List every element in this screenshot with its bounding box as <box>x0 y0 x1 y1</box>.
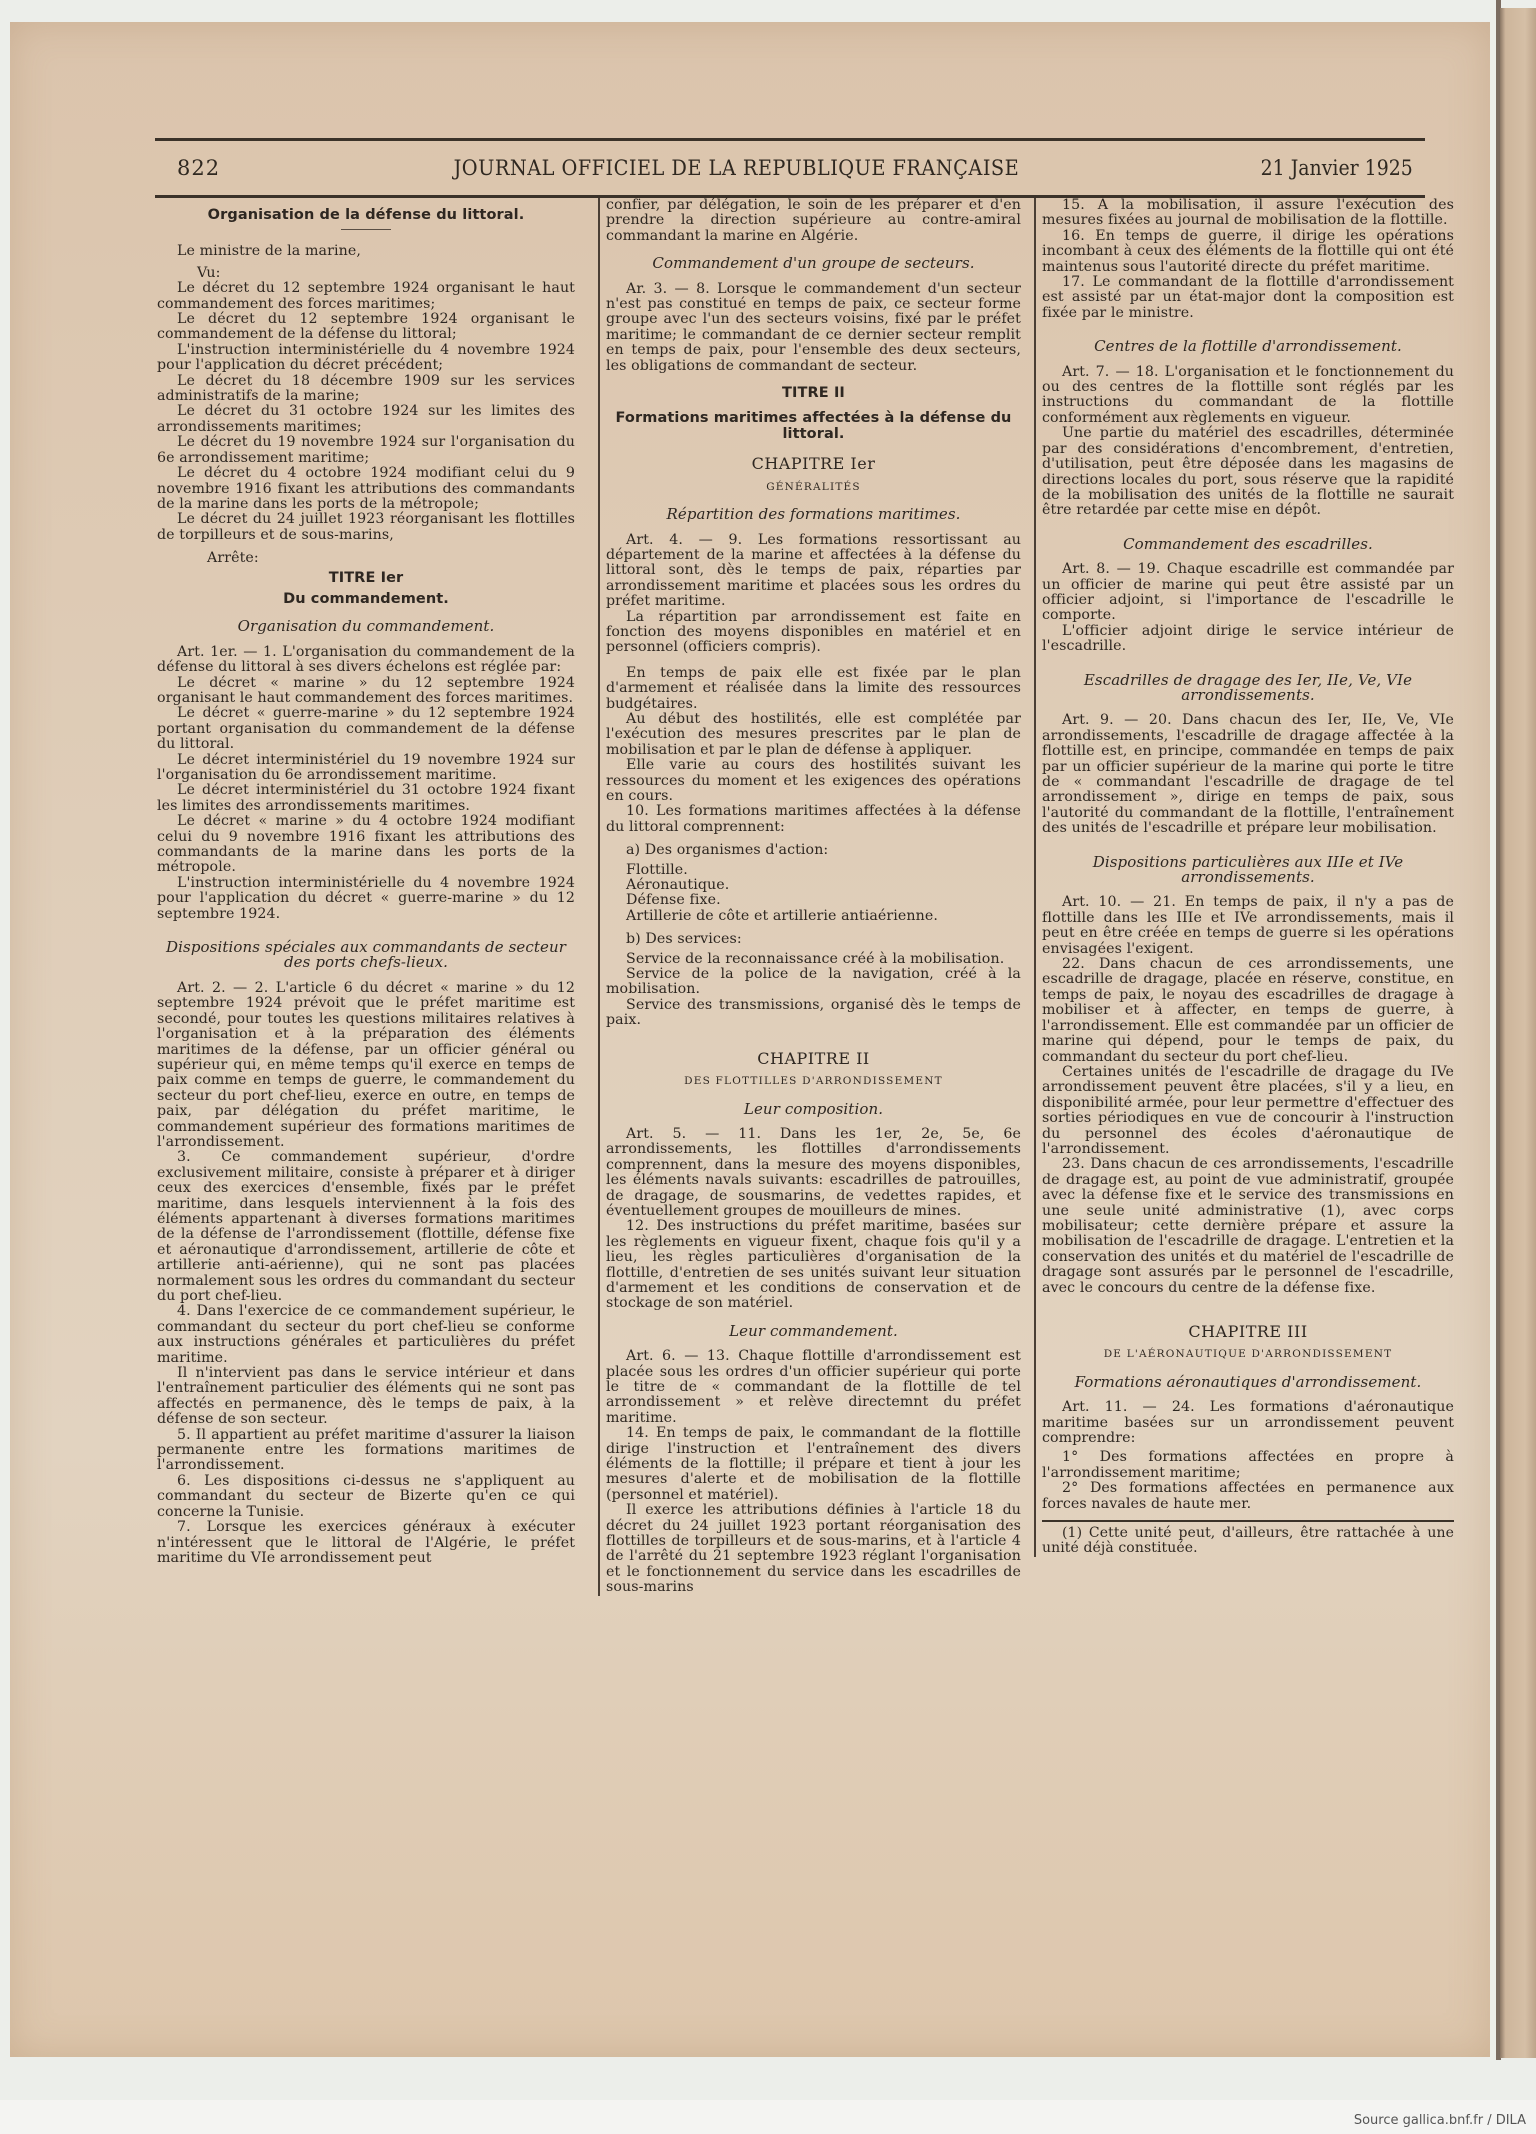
list-item: Artillerie de côte et artillerie antiaér… <box>606 909 1021 924</box>
subheading: Répartition des formations maritimes. <box>606 507 1021 522</box>
footnote-rule <box>1042 1520 1454 1522</box>
list-item: Aéronautique. <box>606 878 1021 893</box>
considerant: Le décret du 24 juillet 1923 réorganisan… <box>157 512 575 543</box>
article-paragraph: 3. Ce commandement supérieur, d'ordre ex… <box>157 1150 575 1304</box>
masthead: 822 JOURNAL OFFICIEL DE LA REPUBLIQUE FR… <box>155 138 1425 198</box>
vu: Vu: <box>157 266 575 281</box>
issue-date: 21 Janvier 1925 <box>1261 156 1417 180</box>
list-item: Flottille. <box>606 863 1021 878</box>
column-2: confier, par délégation, le soin de les … <box>598 198 1021 1596</box>
article-paragraph: Une partie du matériel des escadrilles, … <box>1042 426 1454 518</box>
chapter-heading: CHAPITRE III <box>1042 1324 1454 1339</box>
list-title: b) Des services: <box>606 932 1021 947</box>
article-paragraph: Il exerce les attributions définies à l'… <box>606 1503 1021 1595</box>
list-item: Défense fixe. <box>606 893 1021 908</box>
list-item: Service des transmissions, organisé dès … <box>606 998 1021 1029</box>
article-paragraph: 17. Le commandant de la flottille d'arro… <box>1042 275 1454 321</box>
article-paragraph: Art. 11. — 24. Les formations d'aéronaut… <box>1042 1400 1454 1446</box>
subheading: Formations aéronautiques d'arrondissemen… <box>1042 1375 1454 1390</box>
titre-heading: TITRE II <box>606 386 1021 401</box>
article-paragraph: 15. A la mobilisation, il assure l'exécu… <box>1042 198 1454 229</box>
considerant: Le décret du 4 octobre 1924 modifiant ce… <box>157 466 575 512</box>
subheading: Escadrilles de dragage des Ier, IIe, Ve,… <box>1042 673 1454 704</box>
article-paragraph: Ar. 3. — 8. Lorsque le commandement d'un… <box>606 282 1021 374</box>
arrete: Arrête: <box>157 551 575 566</box>
subheading: Dispositions spéciales aux commandants d… <box>157 940 575 971</box>
titre-name: Formations maritimes affectées à la défe… <box>606 411 1021 442</box>
article-paragraph: Le décret « guerre-marine » du 12 septem… <box>157 706 575 752</box>
article-paragraph: 14. En temps de paix, le commandant de l… <box>606 1426 1021 1503</box>
titre-heading: TITRE Ier <box>157 571 575 586</box>
subheading: Dispositions particulières aux IIIe et I… <box>1042 855 1454 886</box>
list-title: a) Des organismes d'action: <box>606 843 1021 858</box>
article-paragraph: 1° Des formations affectées en propre à … <box>1042 1450 1454 1481</box>
list-item: Service de la reconnaissance créé à la m… <box>606 952 1021 967</box>
journal-title: JOURNAL OFFICIEL DE LA REPUBLIQUE FRANÇA… <box>453 156 1019 180</box>
article-paragraph: Le décret interministériel du 19 novembr… <box>157 753 575 784</box>
chapter-name: DE L'AÉRONAUTIQUE D'ARRONDISSEMENT <box>1042 1347 1454 1362</box>
article-paragraph: Art. 4. — 9. Les formations ressortissan… <box>606 533 1021 610</box>
article-paragraph: Art. 7. — 18. L'organisation et le fonct… <box>1042 365 1454 427</box>
considerant: Le décret du 19 novembre 1924 sur l'orga… <box>157 435 575 466</box>
footnote: (1) Cette unité peut, d'ailleurs, être r… <box>1042 1526 1454 1557</box>
article-paragraph: 16. En temps de guerre, il dirige les op… <box>1042 229 1454 275</box>
column-1: Organisation de la défense du littoral. … <box>157 198 575 1566</box>
chapter-heading: CHAPITRE Ier <box>606 456 1021 471</box>
chapter-name: DES FLOTTILLES D'ARRONDISSEMENT <box>606 1074 1021 1089</box>
article-paragraph: Le décret « marine » du 12 septembre 192… <box>157 676 575 707</box>
article-paragraph: Art. 2. — 2. L'article 6 du décret « mar… <box>157 981 575 1150</box>
subheading: Commandement des escadrilles. <box>1042 537 1454 552</box>
subheading: Centres de la flottille d'arrondissement… <box>1042 339 1454 354</box>
article-paragraph: Il n'intervient pas dans le service inté… <box>157 1366 575 1428</box>
article-paragraph: Art. 5. — 11. Dans les 1er, 2e, 5e, 6e a… <box>606 1127 1021 1219</box>
intro: Le ministre de la marine, <box>157 244 575 259</box>
heading-rule <box>341 229 391 230</box>
article-paragraph: 22. Dans chacun de ces arrondissements, … <box>1042 957 1454 1065</box>
considerant: Le décret du 12 septembre 1924 organisan… <box>157 312 575 343</box>
article-paragraph: 10. Les formations maritimes affectées à… <box>606 804 1021 835</box>
article-paragraph: Au début des hostilités, elle est complé… <box>606 712 1021 758</box>
page-number: 822 <box>155 156 220 180</box>
article-paragraph: L'instruction interministérielle du 4 no… <box>157 876 575 922</box>
article-paragraph: 2° Des formations affectées en permanenc… <box>1042 1481 1454 1512</box>
article-paragraph: 7. Lorsque les exercices généraux à exéc… <box>157 1520 575 1566</box>
chapter-heading: CHAPITRE II <box>606 1051 1021 1066</box>
next-page-edge <box>1500 8 1536 2058</box>
article-heading: Organisation de la défense du littoral. <box>157 208 575 223</box>
considerant: L'instruction interministérielle du 4 no… <box>157 343 575 374</box>
article-paragraph: Art. 8. — 19. Chaque escadrille est comm… <box>1042 562 1454 624</box>
article-paragraph: La répartition par arrondissement est fa… <box>606 610 1021 656</box>
article-paragraph: Art. 10. — 21. En temps de paix, il n'y … <box>1042 895 1454 957</box>
article-paragraph: Le décret interministériel du 31 octobre… <box>157 783 575 814</box>
article-paragraph: confier, par délégation, le soin de les … <box>606 198 1021 244</box>
article-paragraph: Le décret « marine » du 4 octobre 1924 m… <box>157 814 575 876</box>
article-paragraph: 4. Dans l'exercice de ce commandement su… <box>157 1304 575 1366</box>
chapter-name: GÉNÉRALITÉS <box>606 480 1021 495</box>
subheading: Leur commandement. <box>606 1324 1021 1339</box>
source-credit: Source gallica.bnf.fr / DILA <box>1354 2113 1526 2128</box>
subheading: Leur composition. <box>606 1102 1021 1117</box>
article-paragraph: Elle varie au cours des hostilités suiva… <box>606 758 1021 804</box>
article-paragraph: L'officier adjoint dirige le service int… <box>1042 624 1454 655</box>
article-paragraph: Art. 1er. — 1. L'organisation du command… <box>157 645 575 676</box>
considerant: Le décret du 12 septembre 1924 organisan… <box>157 281 575 312</box>
considerant: Le décret du 31 octobre 1924 sur les lim… <box>157 404 575 435</box>
article-paragraph: 6. Les dispositions ci-dessus ne s'appli… <box>157 1474 575 1520</box>
list-item: Service de la police de la navigation, c… <box>606 967 1021 998</box>
article-paragraph: Art. 9. — 20. Dans chacun des Ier, IIe, … <box>1042 713 1454 836</box>
subheading: Commandement d'un groupe de secteurs. <box>606 256 1021 271</box>
article-paragraph: Certaines unités de l'escadrille de drag… <box>1042 1065 1454 1157</box>
considerant: Le décret du 18 décembre 1909 sur les se… <box>157 374 575 405</box>
article-paragraph: 5. Il appartient au préfet maritime d'as… <box>157 1428 575 1474</box>
column-3: 15. A la mobilisation, il assure l'exécu… <box>1034 198 1454 1557</box>
article-paragraph: 23. Dans chacun de ces arrondissements, … <box>1042 1157 1454 1296</box>
article-paragraph: En temps de paix elle est fixée par le p… <box>606 666 1021 712</box>
article-paragraph: 12. Des instructions du préfet maritime,… <box>606 1219 1021 1311</box>
titre-name: Du commandement. <box>157 592 575 607</box>
subheading: Organisation du commandement. <box>157 619 575 634</box>
article-paragraph: Art. 6. — 13. Chaque flottille d'arrondi… <box>606 1349 1021 1426</box>
